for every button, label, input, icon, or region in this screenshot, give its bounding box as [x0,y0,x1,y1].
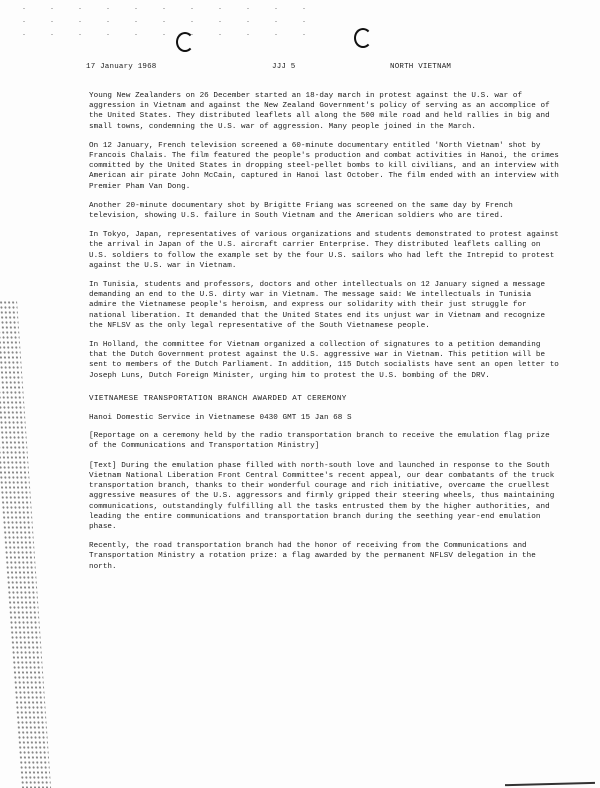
source-line: Hanoi Domestic Service in Vietnamese 043… [89,413,559,423]
document-page: 17 January 1968 JJJ 5 NORTH VIETNAM Youn… [0,0,600,788]
paragraph-new-zealand: Young New Zealanders on 26 December star… [89,91,559,132]
punch-hole-icon [176,32,194,52]
document-body: Young New Zealanders on 26 December star… [89,91,559,581]
scan-edge-line [505,782,595,786]
paragraph-tokyo: In Tokyo, Japan, representatives of vari… [89,230,559,271]
paragraph-french-tv: On 12 January, French television screene… [89,141,559,192]
paragraph-holland: In Holland, the committee for Vietnam or… [89,340,559,381]
header-region: NORTH VIETNAM [390,63,451,71]
scan-noise-top [10,2,310,42]
section-heading: VIETNAMESE TRANSPORTATION BRANCH AWARDED… [89,394,559,404]
header-date: 17 January 1968 [86,63,157,71]
paragraph-rotation-prize: Recently, the road transportation branch… [89,541,559,572]
paragraph-emulation: [Text] During the emulation phase filled… [89,461,559,532]
header-page-ref: JJJ 5 [272,63,296,71]
punch-hole-icon [354,28,372,48]
paragraph-tunisia: In Tunisia, students and professors, doc… [89,280,559,331]
paragraph-second-documentary: Another 20-minute documentary shot by Br… [89,201,559,221]
scan-noise-left-edge [0,300,51,788]
editor-note: [Reportage on a ceremony held by the rad… [89,431,559,451]
